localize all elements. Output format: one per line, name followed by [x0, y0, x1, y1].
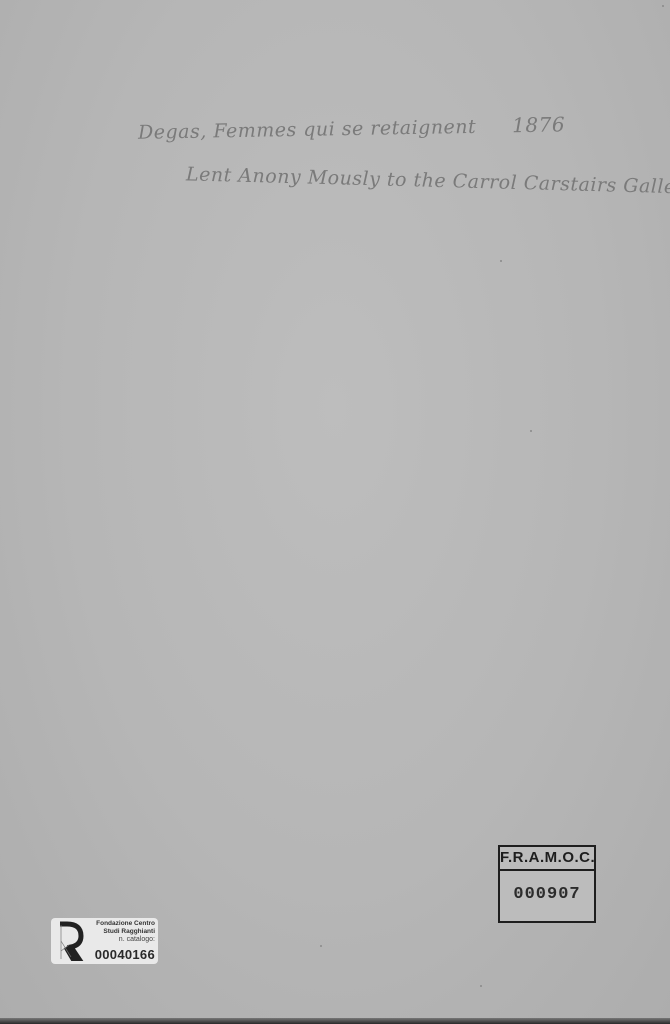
paper-speck — [500, 260, 502, 262]
institution-line1: Fondazione Centro — [96, 920, 155, 928]
institution-line2: Studi Ragghianti — [96, 928, 155, 936]
paper-speck — [662, 5, 664, 7]
photo-verso-sheet: Degas, Femmes qui se retaignent1876 Lent… — [0, 0, 670, 1018]
paper-speck — [530, 430, 532, 432]
label-institution: Fondazione Centro Studi Ragghianti n. ca… — [96, 920, 155, 944]
handwritten-year: 1876 — [512, 112, 565, 137]
catalog-label: Fondazione Centro Studi Ragghianti n. ca… — [51, 918, 158, 964]
handwritten-provenance-line: Lent Anony Mously to the Carrol Carstair… — [186, 163, 670, 198]
stamp-header: F.R.A.M.O.C. — [500, 847, 594, 871]
framoc-stamp: F.R.A.M.O.C. 000907 — [498, 845, 596, 923]
scan-bottom-edge — [0, 1018, 670, 1024]
paper-speck — [480, 985, 482, 987]
catalog-number: 00040166 — [95, 947, 155, 962]
paper-speck — [320, 945, 322, 947]
stamp-number: 000907 — [500, 885, 594, 904]
handwritten-title-line: Degas, Femmes qui se retaignent1876 — [138, 112, 565, 143]
handwritten-title: Degas, Femmes qui se retaignent — [138, 116, 477, 144]
ragghianti-logo-icon — [55, 921, 85, 961]
catalog-caption: n. catalogo: — [96, 936, 155, 944]
